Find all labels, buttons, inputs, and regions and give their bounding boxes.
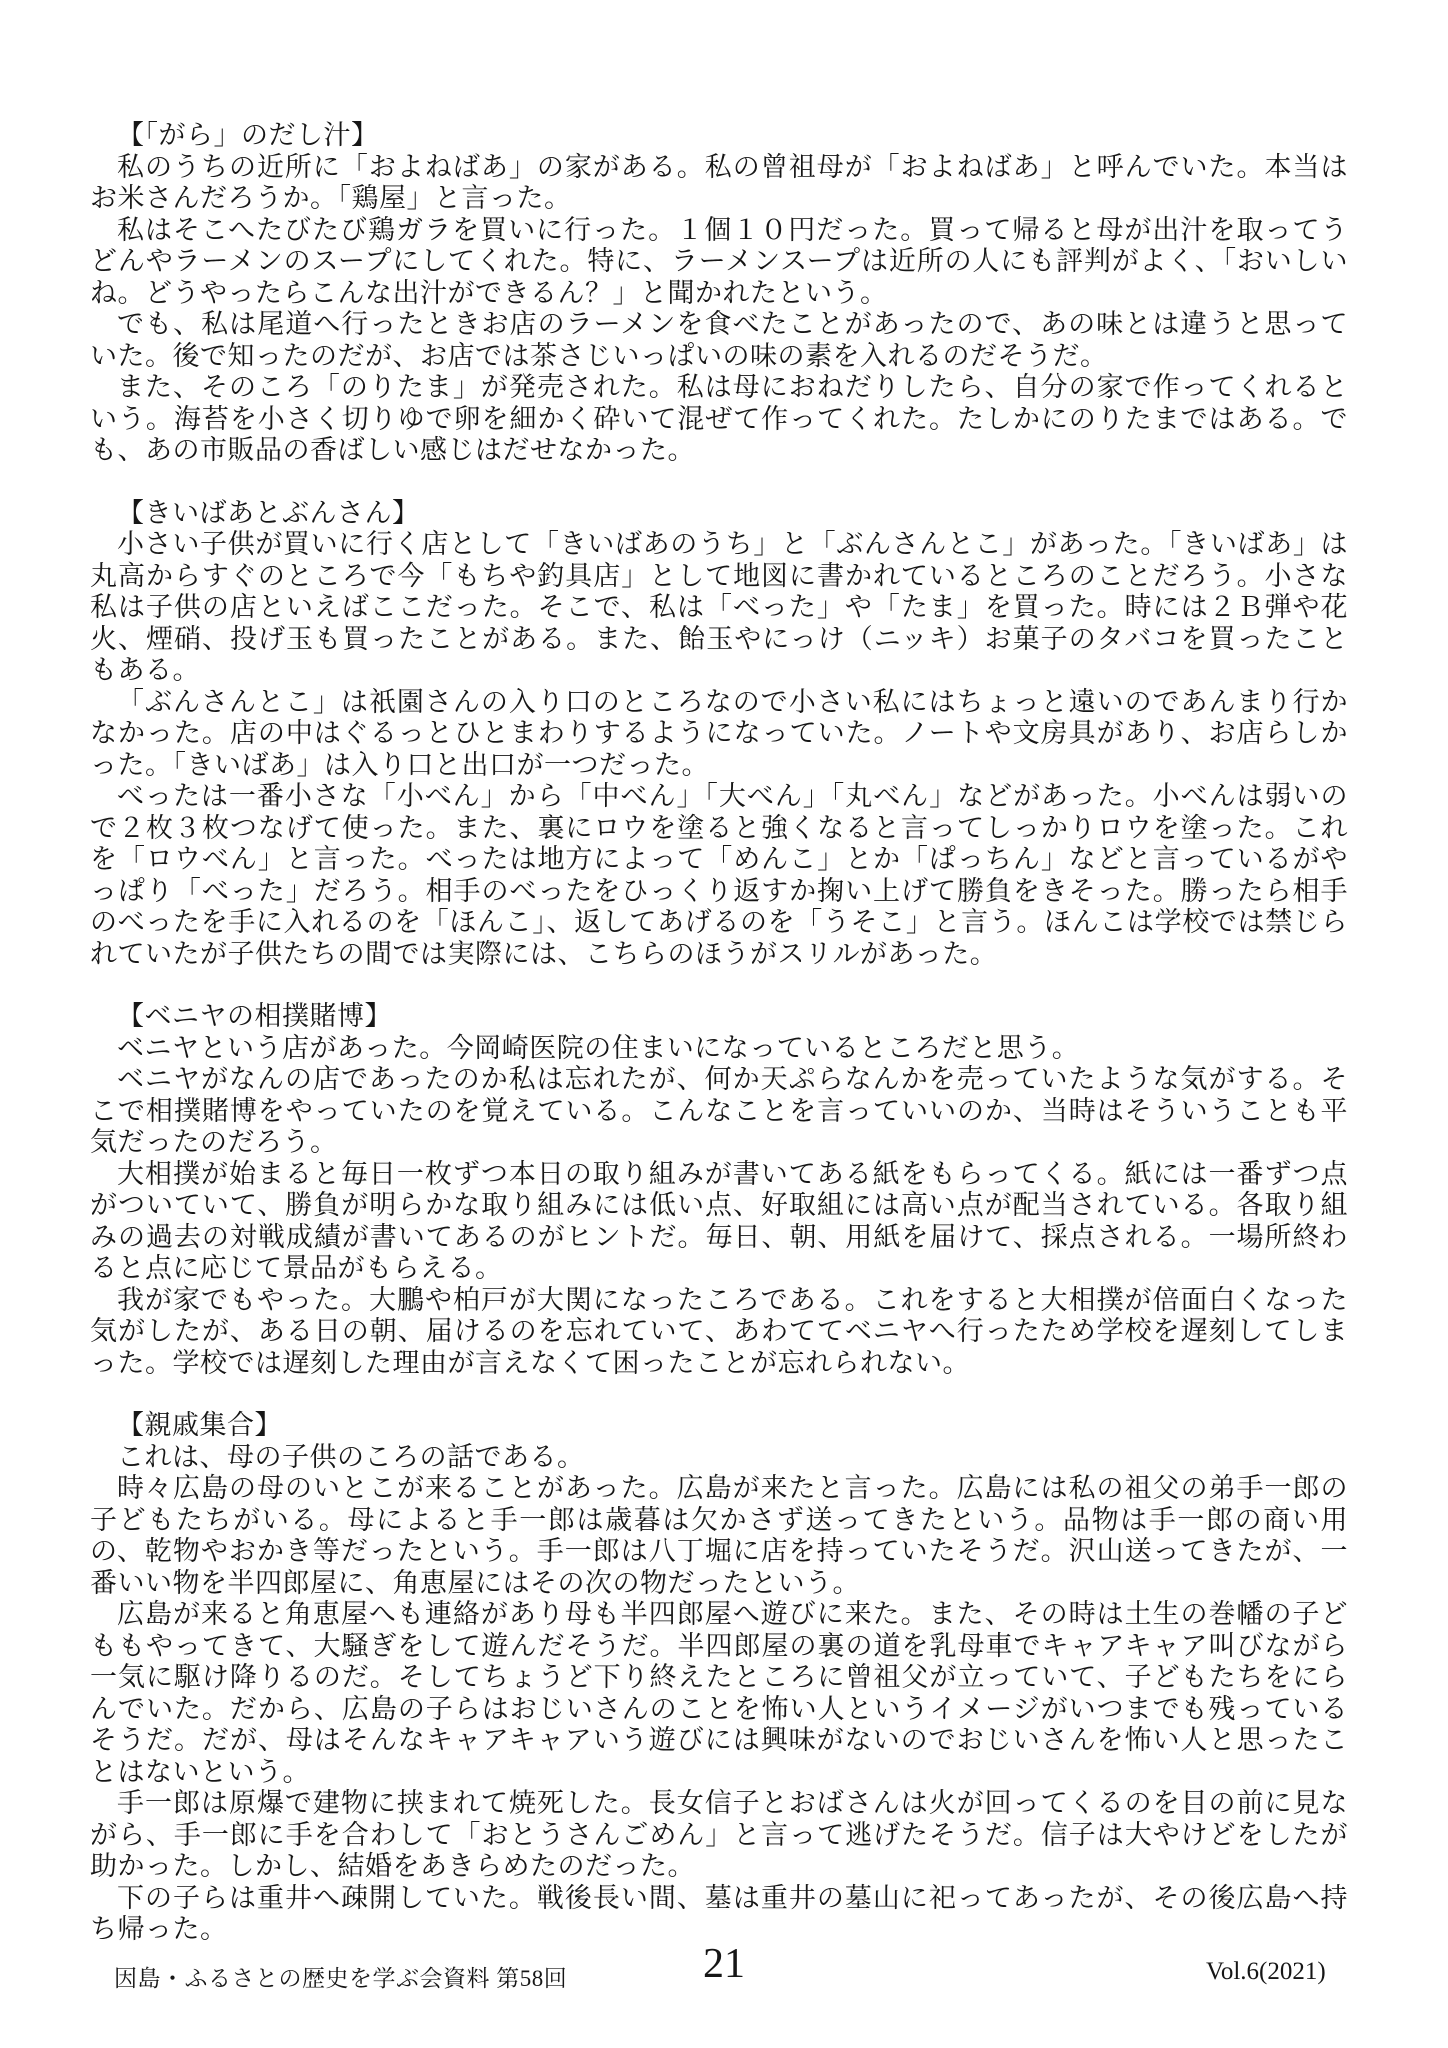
paragraph: 時々広島の母のいとこが来ることがあった。広島が来たと言った。広島には私の祖父の弟… [90, 1473, 1348, 1599]
section-heading: 【きいばあとぶんさん】 [90, 498, 1348, 530]
paragraph: 手一郎は原爆で建物に挟まれて焼死した。長女信子とおばさんは火が回ってくるのを目の… [90, 1788, 1348, 1883]
section-gara-dashijiru: 【「がら」のだし汁】 私のうちの近所に「およねばあ」の家がある。私の曾祖母が「お… [90, 120, 1348, 467]
paragraph: べったは一番小さな「小べん」から「中べん」「大べん」「丸べん」などがあった。小べ… [90, 781, 1348, 970]
paragraph: 私のうちの近所に「およねばあ」の家がある。私の曾祖母が「およねばあ」と呼んでいた… [90, 152, 1348, 215]
paragraph: ベニヤという店があった。今岡崎医院の住まいになっているところだと思う。 [90, 1033, 1348, 1065]
document-body: 【「がら」のだし汁】 私のうちの近所に「およねばあ」の家がある。私の曾祖母が「お… [90, 120, 1348, 1946]
paragraph: 我が家でもやった。大鵬や柏戸が大関になったころである。これをすると大相撲が倍面白… [90, 1285, 1348, 1380]
paragraph: ベニヤがなんの店であったのか私は忘れたが、何か天ぷらなんかを売っていたような気が… [90, 1064, 1348, 1159]
paragraph: でも、私は尾道へ行ったときお店のラーメンを食べたことがあったので、あの味とは違う… [90, 309, 1348, 372]
footer-volume: Vol.6(2021) [1206, 1958, 1326, 1986]
document-page: { "document": { "sections": [ { "heading… [0, 0, 1448, 2048]
section-heading: 【「がら」のだし汁】 [90, 120, 1348, 152]
paragraph: これは、母の子供のころの話である。 [90, 1442, 1348, 1474]
section-shinseki-shugo: 【親戚集合】 これは、母の子供のころの話である。 時々広島の母のいとこが来ること… [90, 1410, 1348, 1946]
paragraph: 広島が来ると角恵屋へも連絡があり母も半四郎屋へ遊びに来た。また、その時は土生の巻… [90, 1599, 1348, 1788]
section-heading: 【親戚集合】 [90, 1410, 1348, 1442]
paragraph: 大相撲が始まると毎日一枚ずつ本日の取り組みが書いてある紙をもらってくる。紙には一… [90, 1159, 1348, 1285]
paragraph: また、そのころ「のりたま」が発売された。私は母におねだりしたら、自分の家で作って… [90, 372, 1348, 467]
section-beniya-sumo-tobaku: 【ベニヤの相撲賭博】 ベニヤという店があった。今岡崎医院の住まいになっているとこ… [90, 1001, 1348, 1379]
paragraph: 私はそこへたびたび鶏ガラを買いに行った。１個１０円だった。買って帰ると母が出汁を… [90, 215, 1348, 310]
paragraph: 小さい子供が買いに行く店として「きいばあのうち」と「ぶんさんとこ」があった。「き… [90, 529, 1348, 687]
paragraph: 「ぶんさんとこ」は祇園さんの入り口のところなので小さい私にはちょっと遠いのであん… [90, 687, 1348, 782]
paragraph: 下の子らは重井へ疎開していた。戦後長い間、墓は重井の墓山に祀ってあったが、その後… [90, 1883, 1348, 1946]
section-kiibaa-to-bunsan: 【きいばあとぶんさん】 小さい子供が買いに行く店として「きいばあのうち」と「ぶん… [90, 498, 1348, 971]
section-heading: 【ベニヤの相撲賭博】 [90, 1001, 1348, 1033]
